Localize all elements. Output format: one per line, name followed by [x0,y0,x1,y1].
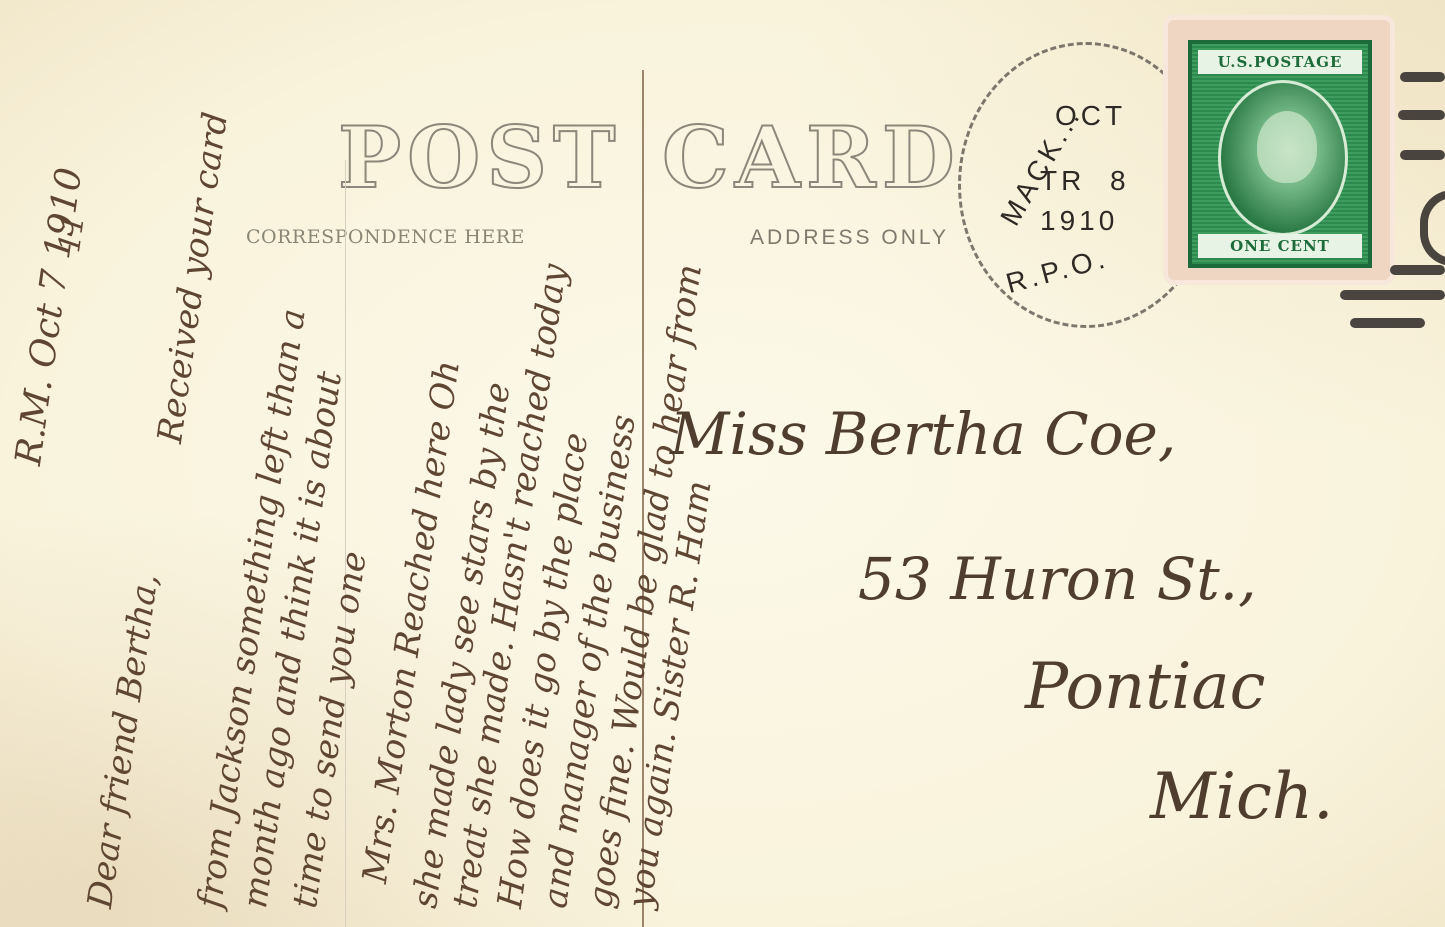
message-dateline-extra: 11 [52,212,92,255]
stamp-top-text: U.S.POSTAGE [1198,50,1362,74]
cancellation-bar [1340,290,1445,300]
postmark-day: 8 [1110,165,1130,197]
printed-title-card: CARD [662,108,961,207]
postmark-month: OCT [1055,100,1126,132]
stamp-bottom-text: ONE CENT [1198,234,1362,258]
franklin-portrait-icon [1218,80,1348,236]
cancellation-bar [1390,265,1445,275]
cancellation-bar [1400,150,1445,160]
printed-title-post: POST [338,108,622,207]
faint-rule [345,160,346,927]
postmark-extra: TR [1040,165,1085,197]
postcard-back: POST CARD CORRESPONDENCE HERE ADDRESS ON… [0,0,1445,927]
address-label: ADDRESS ONLY [750,226,949,250]
address-line-city: Pontiac [1025,650,1265,724]
address-line-state: Mich. [1150,760,1333,834]
correspondence-label: CORRESPONDENCE HERE [246,226,525,248]
cancellation-numeral [1420,190,1445,266]
cancellation-bar [1350,318,1425,328]
postmark-year: 1910 [1040,205,1118,237]
cancellation-bar [1398,110,1445,120]
cancellation-bar [1400,72,1445,82]
portrait-head [1257,111,1317,183]
postage-stamp: U.S.POSTAGE ONE CENT [1188,40,1372,268]
message-line: Received your card [150,110,236,446]
message-line: Dear friend Bertha, [80,571,167,910]
address-line-name: Miss Bertha Coe, [670,400,1176,468]
address-line-street: 53 Huron St., [858,545,1257,613]
message-dateline: R.M. Oct 7 1910 [8,165,90,468]
